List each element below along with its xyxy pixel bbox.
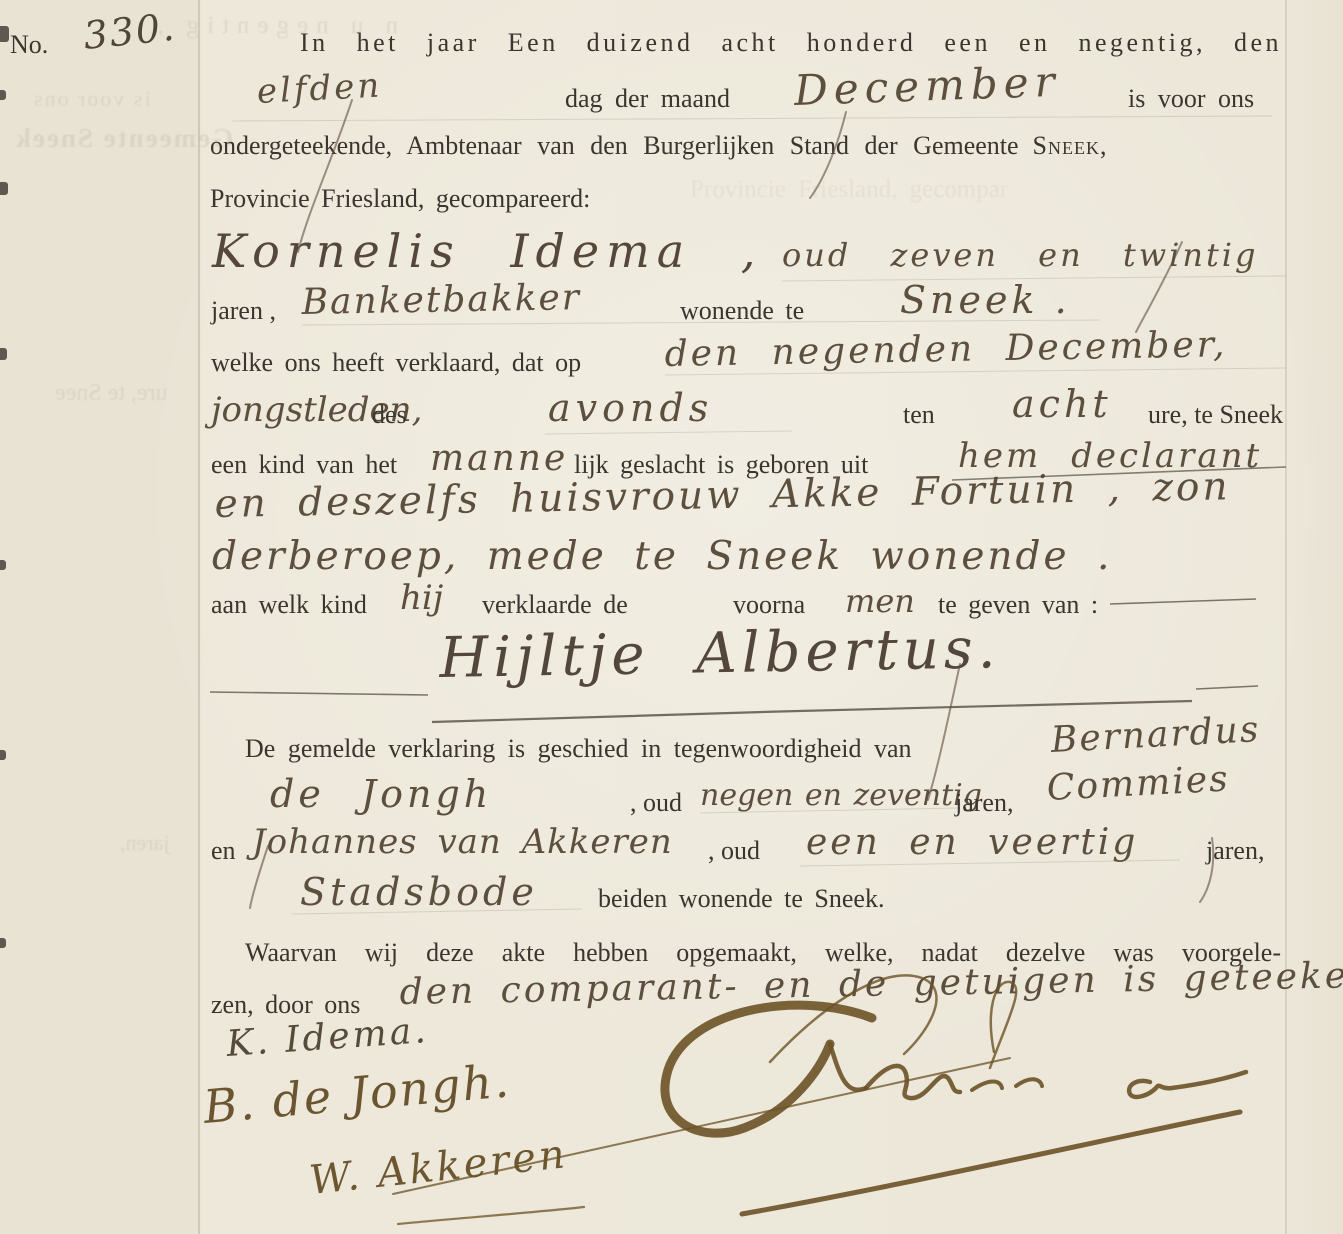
signature-witness-akkeren: W. Akkeren xyxy=(307,1131,570,1204)
fold-line-left xyxy=(198,0,200,1234)
printed-text-gemeente: Sneek, xyxy=(1033,131,1108,160)
printed-text: De gemelde verklaring is geschied in teg… xyxy=(245,734,912,764)
handwritten-child-names: Hijltje Albertus. xyxy=(439,616,1001,691)
handwritten-birthdate: den negenden December, xyxy=(664,324,1227,375)
printed-text: jaren, xyxy=(1206,836,1264,866)
handwritten-witness1-name: Bernardus xyxy=(1050,709,1261,761)
scan-edge-mark xyxy=(0,938,6,948)
signature-witness-de-jongh: B. de Jongh. xyxy=(201,1053,512,1134)
printed-registrar-line: ondergeteekende, Ambtenaar van den Burge… xyxy=(210,131,1282,161)
official-signature xyxy=(393,975,1246,1224)
offset-print-ghost: Provincie Friesland, gecompar xyxy=(690,176,1008,204)
handwritten-witness2-name: Johannes van Akkeren xyxy=(252,822,673,862)
act-number-label: No. xyxy=(10,30,48,60)
printed-province-line: Provincie Friesland, gecompareerd: xyxy=(210,184,590,214)
handwritten-witness1-occupation: Commies xyxy=(1046,758,1231,809)
printed-text: jaren , xyxy=(211,296,276,326)
printed-text: wonende te xyxy=(680,296,804,326)
printed-text: des xyxy=(372,400,407,430)
printed-text: , oud xyxy=(630,788,682,818)
printed-text: en xyxy=(211,836,236,866)
handwritten-declarant-name: Kornelis Idema , xyxy=(212,224,762,278)
handwritten-occupation: Banketbakker xyxy=(301,277,581,323)
printed-text: jaren, xyxy=(955,788,1013,818)
printed-text: aan welk kind xyxy=(211,590,367,620)
handwritten-text: hij xyxy=(400,578,443,618)
handwritten-month: December xyxy=(793,57,1061,115)
printed-text: te geven van : xyxy=(938,590,1098,620)
printed-text: dag der maand xyxy=(565,84,730,114)
handwritten-gender: manne xyxy=(430,438,568,479)
printed-text: ondergeteekende, Ambtenaar van den Burge… xyxy=(210,131,1019,160)
handwritten-daypart: avonds xyxy=(548,386,713,430)
fold-line-right xyxy=(1285,0,1287,1234)
ink-strokes-overlay xyxy=(0,0,1343,1234)
printed-text: voorna xyxy=(733,590,805,620)
printed-year-line: In het jaar Een duizend acht honderd een… xyxy=(300,28,1282,58)
bleedthrough-text: ure, te Snee xyxy=(55,380,168,407)
handwritten-text: men xyxy=(845,582,915,620)
handwritten-witness1-age: negen en zeventig xyxy=(700,778,982,813)
handwritten-witness2-occupation: Stadsbode xyxy=(300,870,538,914)
bleedthrough-text: Gemeente Sneek xyxy=(14,123,233,154)
act-number-value: 330. xyxy=(81,5,178,58)
printed-text: welke ons heeft verklaard, dat op xyxy=(211,348,581,378)
handwritten-witness2-age: een en veertig xyxy=(806,822,1138,863)
printed-text: een kind van het xyxy=(211,450,397,480)
bleedthrough-text: jaren, xyxy=(120,830,169,856)
printed-text: beiden wonende te Sneek. xyxy=(598,884,884,914)
scan-edge-mark xyxy=(0,348,7,360)
handwritten-mother-line2: derberoep, mede te Sneek wonende . xyxy=(212,534,1112,579)
bleedthrough-text: is voor ons xyxy=(32,86,151,112)
printed-text: is voor ons xyxy=(1128,84,1254,114)
scan-edge-mark xyxy=(0,560,6,570)
handwritten-residence: Sneek . xyxy=(900,278,1071,322)
handwritten-witness1-name2: de Jongh xyxy=(270,772,492,816)
printed-text: verklaarde de xyxy=(482,590,628,620)
handwritten-day: elfden xyxy=(256,65,383,112)
scan-edge-mark xyxy=(0,90,6,100)
handwritten-declarant-age: oud zeven en twintig xyxy=(782,236,1259,274)
scan-edge-mark xyxy=(0,750,6,760)
birth-record-scan: n u negentig , is voor ons Gemeente Snee… xyxy=(0,0,1343,1234)
printed-text: ure, te Sneek xyxy=(1148,400,1283,430)
printed-text: , oud xyxy=(708,836,760,866)
printed-text: ten xyxy=(903,400,935,430)
handwritten-hour: acht xyxy=(1012,382,1112,426)
scan-edge-mark xyxy=(0,182,8,195)
scan-edge-mark xyxy=(0,26,9,42)
